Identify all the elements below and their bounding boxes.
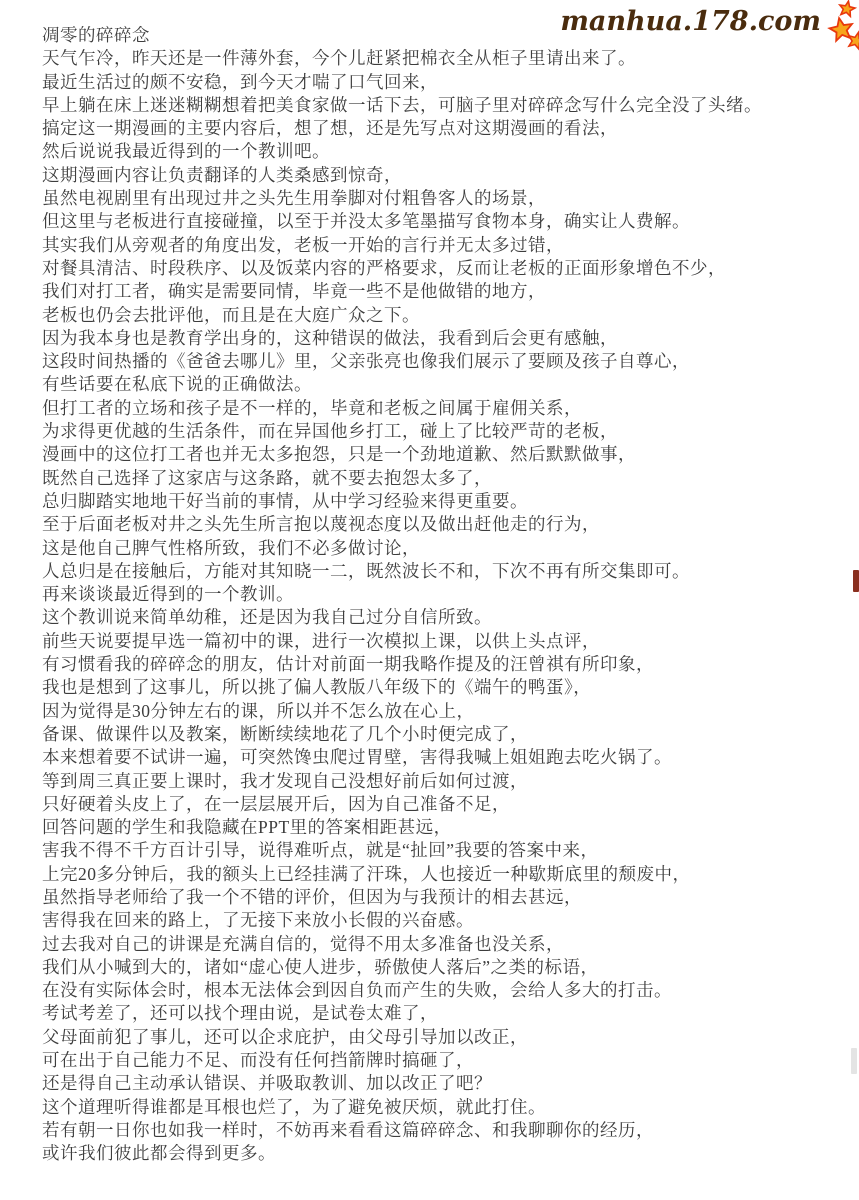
text-line: 有些话要在私底下说的正确做法。 <box>42 373 832 396</box>
text-line: 我们对打工者，确实是需要同情，毕竟一些不是他做错的地方， <box>42 280 832 303</box>
text-line: 我也是想到了这事儿，所以挑了偏人教版八年级下的《端午的鸭蛋》， <box>42 676 832 699</box>
text-line: 若有朝一日你也如我一样时，不妨再来看看这篇碎碎念、和我聊聊你的经历， <box>42 1119 832 1142</box>
text-line: 因为我本身也是教育学出身的，这种错误的做法，我看到后会更有感触， <box>42 327 832 350</box>
text-line: 为求得更优越的生活条件，而在异国他乡打工，碰上了比较严苛的老板， <box>42 420 832 443</box>
text-line: 本来想着要不试讲一遍，可突然馋虫爬过胃壁，害得我喊上姐姐跑去吃火锅了。 <box>42 746 832 769</box>
essay-text-block: 凋零的碎碎念天气乍冷，昨天还是一件薄外套，今个儿赶紧把棉衣全从柜子里请出来了。最… <box>42 24 832 1166</box>
text-line: 搞定这一期漫画的主要内容后，想了想，还是先写点对这期漫画的看法， <box>42 117 832 140</box>
text-line: 害得我在回来的路上，了无接下来放小长假的兴奋感。 <box>42 909 832 932</box>
text-line: 这期漫画内容让负责翻译的人类桑感到惊奇， <box>42 164 832 187</box>
text-line: 但打工者的立场和孩子是不一样的，毕竟和老板之间属于雇佣关系， <box>42 397 832 420</box>
text-line: 父母面前犯了事儿，还可以企求庇护，由父母引导加以改正， <box>42 1026 832 1049</box>
text-line: 回答问题的学生和我隐藏在PPT里的答案相距甚远， <box>42 816 832 839</box>
text-line: 总归脚踏实地地干好当前的事情，从中学习经验来得更重要。 <box>42 490 832 513</box>
text-line: 我们从小喊到大的，诸如“虚心使人进步，骄傲使人落后”之类的标语， <box>42 956 832 979</box>
text-line: 或许我们彼此都会得到更多。 <box>42 1142 832 1165</box>
text-line: 天气乍冷，昨天还是一件薄外套，今个儿赶紧把棉衣全从柜子里请出来了。 <box>42 47 832 70</box>
text-line: 有习惯看我的碎碎念的朋友，估计对前面一期我略作提及的汪曾祺有所印象， <box>42 653 832 676</box>
text-line: 这段时间热播的《爸爸去哪儿》里，父亲张亮也像我们展示了要顾及孩子自尊心， <box>42 350 832 373</box>
text-line: 然后说说我最近得到的一个教训吧。 <box>42 140 832 163</box>
text-line: 因为觉得是30分钟左右的课，所以并不怎么放在心上， <box>42 700 832 723</box>
text-line: 早上躺在床上迷迷糊糊想着把美食家做一话下去，可脑子里对碎碎念写什么完全没了头绪。 <box>42 94 832 117</box>
text-line: 最近生活过的颇不安稳，到今天才喘了口气回来， <box>42 71 832 94</box>
text-line: 虽然电视剧里有出现过井之头先生用拳脚对付粗鲁客人的场景， <box>42 187 832 210</box>
gray-edge-artifact <box>851 1048 857 1074</box>
text-line: 前些天说要提早选一篇初中的课，进行一次模拟上课，以供上头点评， <box>42 630 832 653</box>
text-line: 备课、做课件以及教案，断断续续地花了几个小时便完成了， <box>42 723 832 746</box>
text-line: 还是得自己主动承认错误、并吸取教训、加以改正了吧？ <box>42 1072 832 1095</box>
text-line: 过去我对自己的讲课是充满自信的，觉得不用太多准备也没关系， <box>42 933 832 956</box>
text-line: 考试考差了，还可以找个理由说，是试卷太难了， <box>42 1002 832 1025</box>
red-edge-artifact <box>853 570 859 592</box>
text-line: 漫画中的这位打工者也并无太多抱怨，只是一个劲地道歉、然后默默做事， <box>42 443 832 466</box>
text-line: 其实我们从旁观者的角度出发，老板一开始的言行并无太多过错， <box>42 234 832 257</box>
text-line: 但这里与老板进行直接碰撞，以至于并没太多笔墨描写食物本身，确实让人费解。 <box>42 210 832 233</box>
text-line: 等到周三真正要上课时，我才发现自己没想好前后如何过渡， <box>42 770 832 793</box>
text-line: 这是他自己脾气性格所致，我们不必多做讨论， <box>42 537 832 560</box>
text-line: 上完20多分钟后，我的额头上已经挂满了汗珠，人也接近一种歇斯底里的颓废中， <box>42 863 832 886</box>
text-line: 可在出于自己能力不足、而没有任何挡箭牌时搞砸了， <box>42 1049 832 1072</box>
text-line: 再来谈谈最近得到的一个教训。 <box>42 583 832 606</box>
text-line: 人总归是在接触后，方能对其知晓一二，既然波长不和，下次不再有所交集即可。 <box>42 560 832 583</box>
text-line: 既然自己选择了这家店与这条路，就不要去抱怨太多了， <box>42 467 832 490</box>
text-line: 对餐具清洁、时段秩序、以及饭菜内容的严格要求，反而让老板的正面形象增色不少， <box>42 257 832 280</box>
text-line: 至于后面老板对井之头先生所言抱以蔑视态度以及做出赶他走的行为， <box>42 513 832 536</box>
text-line: 虽然指导老师给了我一个不错的评价，但因为与我预计的相去甚远， <box>42 886 832 909</box>
text-line: 老板也仍会去批评他，而且是在大庭广众之下。 <box>42 304 832 327</box>
scanned-text-page: manhua.178.com 凋零的碎碎念天气乍冷，昨天还是一件薄外套，今个儿赶… <box>0 0 859 1200</box>
text-line: 这个道理听得谁都是耳根也烂了，为了避免被厌烦，就此打住。 <box>42 1096 832 1119</box>
text-line: 害我不得不千方百计引导，说得难听点，就是“扯回”我要的答案中来， <box>42 839 832 862</box>
text-line: 凋零的碎碎念 <box>42 24 832 47</box>
text-line: 在没有实际体会时，根本无法体会到因自负而产生的失败，会给人多大的打击。 <box>42 979 832 1002</box>
text-line: 这个教训说来简单幼稚，还是因为我自己过分自信所致。 <box>42 606 832 629</box>
text-line: 只好硬着头皮上了，在一层层展开后，因为自己准备不足， <box>42 793 832 816</box>
